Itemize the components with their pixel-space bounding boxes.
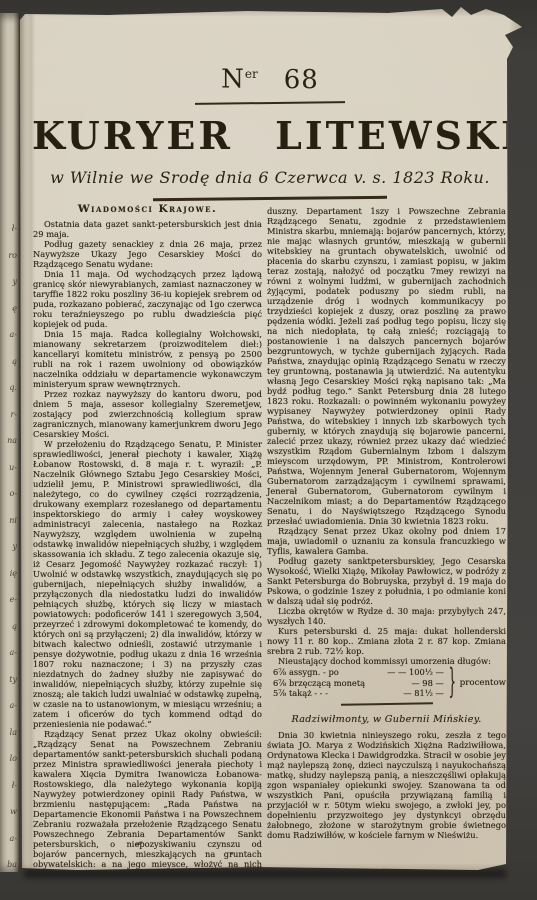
gutter-text-fragment: ba [7,861,17,869]
gutter-text-fragment: ty [9,676,17,684]
gutter-text-fragment: ni [9,517,17,525]
left-column: Wiadomości Krajowe. Ostatnia data gazet … [33,204,262,879]
gutter-text-fragment: q. [9,384,17,392]
rate-line: 6⅞ assygn. - po— — 100½ — [273,667,444,678]
necrology-heading: Radziwiłmonty, w Gubernii Mińskiey. [267,715,506,725]
issue-number: Ner68 [32,56,508,98]
paragraph: Liczba okrętów w Rydze d. 30 maja: przyb… [267,606,506,626]
necrology-body: Dnia 30 kwietnia ninieyszego roku, zeszł… [267,730,506,840]
gutter-text-fragment: a- [10,702,17,710]
section-heading-domestic-news: Wiadomości Krajowe. [33,204,262,214]
right-column: duszny. Departament 1szy i Powszechne Ze… [267,206,506,840]
paragraph: W przełożeniu do Rządzącego Senatu, P. M… [33,439,262,729]
right-column-body: duszny. Departament 1szy i Powszechne Ze… [267,206,506,656]
rate-line: 5⅞ takąż - - -— 81½ — [273,688,444,699]
rate-line: 6⅞ brzęczącą monetą— 98 — [273,678,444,689]
newspaper-sheet: Ner68 KURYER LITEWSKI w Wilnie we Srodę … [18,6,522,874]
issue-prefix: N [221,65,245,95]
bond-rates-block: Nieustający dochod kommissyi umorzenia d… [267,656,506,704]
gutter-text-fragment: la [10,729,17,737]
gutter-text-fragment: w [10,808,17,816]
paragraph: Przez rozkaz naywyższy do kantoru dworu,… [33,389,262,439]
ink-speck [230,852,233,855]
gutter-text-fragment: y [12,278,17,286]
adjacent-page-edge: ł-royęa-ąq.r-nau-o-niyięe-ąa-tya-laloł-w… [0,13,20,872]
paragraph: Podług gazety senackiey z dnia 26 maja, … [33,239,262,269]
paragraph: Dnia 11 maja. Od wychodzących przez lądo… [33,269,262,329]
newspaper-title: KURYER LITEWSKI [32,114,508,158]
left-column-body: Ostatnia data gazet sankt-petersburskich… [33,219,262,879]
gutter-text-fragment: y [12,543,17,551]
rates-lines: 6⅞ assygn. - po— — 100½ —6⅞ brzęczącą mo… [273,667,444,699]
gutter-text-fragment: u- [9,464,17,472]
paragraph: duszny. Departament 1szy i Powszechne Ze… [267,206,506,526]
paragraph: Ostatnia data gazet sankt-petersburskich… [33,219,262,239]
rates-intro: Nieustający dochod kommissyi umorzenia d… [267,656,506,666]
gutter-text-fragment: ę [12,305,17,313]
rates-table: 6⅞ assygn. - po— — 100½ —6⅞ brzęczącą mo… [267,667,506,699]
gutter-text-fragment: ł- [12,782,17,790]
dateline: w Wilnie we Srodę dnia 6 Czerwca v. s. 1… [32,168,508,188]
gutter-text-fragment: ię [10,570,17,578]
gutter-text-fragment: o- [9,490,17,498]
gutter-text-fragment: ą [12,358,17,366]
gutter-text-fragment: a- [10,331,17,339]
gutter-text-fragment: ł- [12,225,17,233]
issue-value: 68 [284,65,319,95]
paragraph: Rządzący Senat przez Ukaz okolny pod dni… [267,526,506,556]
paper-shadow [24,869,506,878]
gutter-text-fragment: e- [10,596,17,604]
gutter-text-fragment: na [7,437,17,445]
paragraph: Rządzący Senat przez Ukaz okolny obwieśc… [33,729,262,879]
issue-superscript: er [245,67,258,81]
paragraph: Podług gazety sanktpetersburskiey, Jego … [267,556,506,606]
necrology-section: Radziwiłmonty, w Gubernii Mińskiey. Dnia… [267,715,506,840]
rates-unit-label: procentow [460,678,506,688]
masthead-rule-top [195,101,345,105]
paragraph: Kurs petersburski d. 25 maja: dukat holl… [267,626,506,656]
rate-label: 5⅞ takąż - - - [273,688,328,699]
masthead: Ner68 KURYER LITEWSKI w Wilnie we Srodę … [32,56,508,199]
scanned-newspaper-page: ł-royęa-ąq.r-nau-o-niyięe-ąa-tya-laloł-w… [0,0,537,900]
rate-value: — 98 — [411,678,443,689]
rate-value: — 81½ — [403,688,443,699]
masthead-rule-bottom [153,195,387,200]
gutter-text-fragment: ą [12,623,17,631]
rate-label: 6⅞ assygn. - po [273,667,339,678]
brace-glyph: } [449,667,456,698]
gutter-text-fragment: r- [10,411,17,419]
rate-label: 6⅞ brzęczącą monetą [273,678,365,689]
gutter-text-fragment: a- [10,649,17,657]
gutter-text-fragment: lo [10,755,17,763]
rate-value: — — 100½ — [387,667,444,678]
gutter-text-fragment: ro [8,252,17,260]
paragraph: Dnia 15 maja. Radca kollegialny Wołchows… [33,329,262,389]
section-divider-rule [340,702,432,705]
paragraph: Dnia 30 kwietnia ninieyszego roku, zeszł… [267,730,506,840]
gutter-text-fragment: a- [10,835,17,843]
